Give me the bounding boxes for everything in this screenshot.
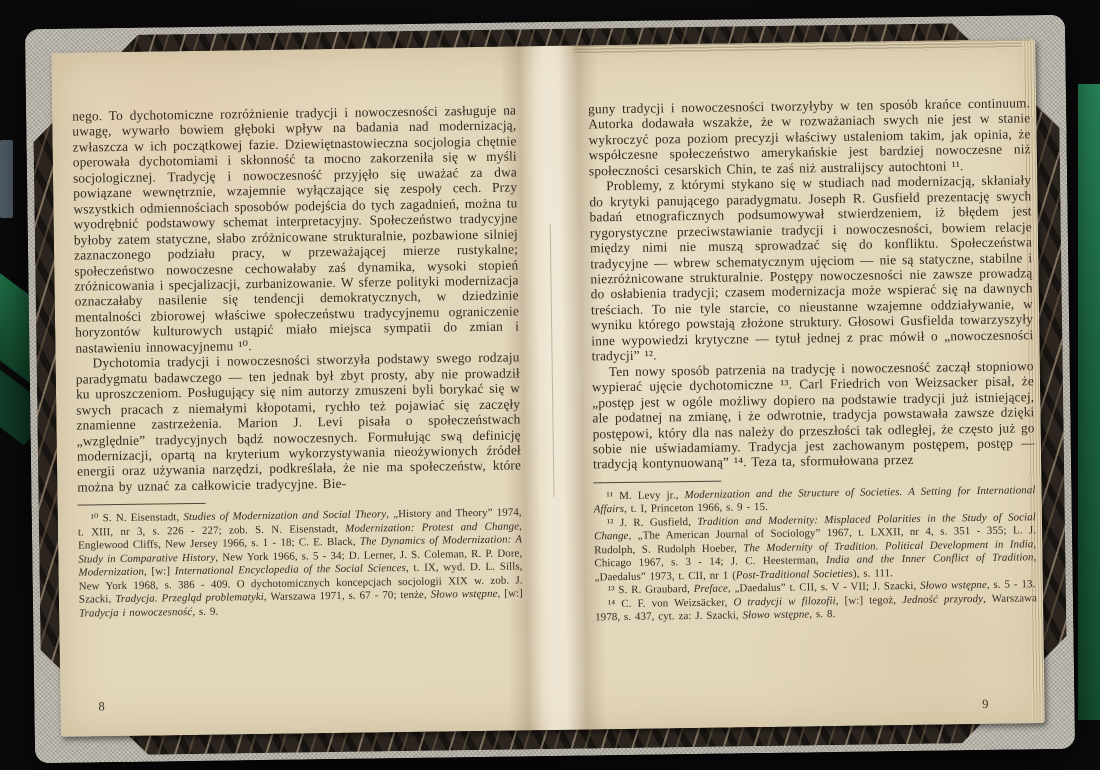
footnote-separator xyxy=(593,480,721,483)
left-page: nego. To dychotomiczne rozróżnienie trad… xyxy=(72,102,523,620)
green-accent-right xyxy=(1078,84,1100,720)
paragraph: Problemy, z którymi stykano się w studia… xyxy=(589,173,1034,365)
paragraph: Ten nowy sposób patrzenia na tradycję i … xyxy=(592,358,1035,472)
blue-accent-left-edge xyxy=(0,140,13,218)
left-page-footnotes: ¹⁰ S. N. Eisenstadt, Studies of Moderniz… xyxy=(78,507,523,621)
book-pages: nego. To dychotomiczne rozróżnienie trad… xyxy=(51,39,1044,737)
page-number-left: 8 xyxy=(98,699,104,714)
right-page-body-text: guny tradycji i nowoczesności tworzyłyby… xyxy=(588,95,1035,472)
footnote: ¹⁰ S. N. Eisenstadt, Studies of Moderniz… xyxy=(78,507,523,621)
paragraph: guny tradycji i nowoczesności tworzyłyby… xyxy=(588,95,1031,178)
footnote: ¹⁴ C. F. von Weizsäcker, O tradycji w fi… xyxy=(595,592,1037,625)
paragraph: Dychotomia tradycji i nowoczesności stwo… xyxy=(75,350,521,495)
open-book: nego. To dychotomiczne rozróżnienie trad… xyxy=(25,15,1075,763)
photo-background: nego. To dychotomiczne rozróżnienie trad… xyxy=(0,0,1100,770)
left-page-body-text: nego. To dychotomiczne rozróżnienie trad… xyxy=(72,102,521,494)
right-page: guny tradycji i nowoczesności tworzyłyby… xyxy=(588,95,1037,625)
right-page-footnotes: ¹¹ M. Levy jr., Modernization and the St… xyxy=(593,484,1037,625)
footnote: ¹² J. R. Gusfield, Tradition and Moderni… xyxy=(594,511,1037,584)
paragraph: nego. To dychotomiczne rozróżnienie trad… xyxy=(72,102,519,355)
page-number-right: 9 xyxy=(982,697,988,712)
footnote-separator xyxy=(78,503,206,506)
